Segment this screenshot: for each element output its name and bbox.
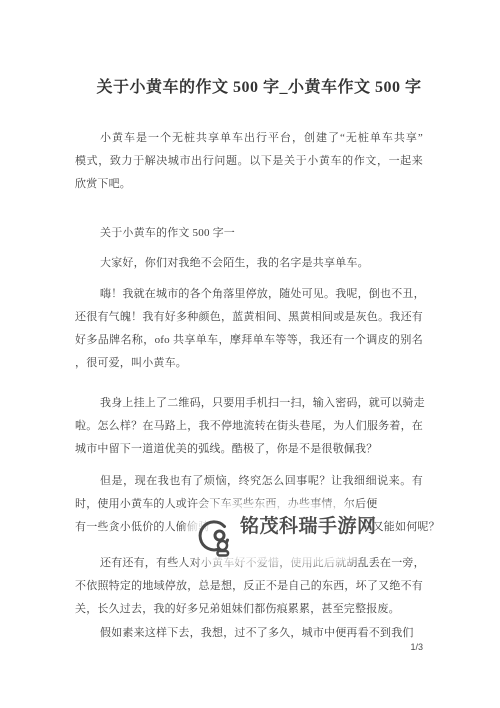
section-heading-line: 关于小黄车的作文 500 字一 <box>75 222 423 245</box>
paragraph-line: 欣赏下吧。 <box>75 173 423 196</box>
paragraph-line: 模式，致力于解决城市出行问题。以下是关于小黄车的作文，一起来 <box>75 150 423 173</box>
document-title: 关于小黄车的作文 500 字_小黄车作文 500 字 <box>0 78 500 98</box>
paragraph-line: 城市中留下一道道优美的弧线。酷极了，你是不是很敬佩我？ <box>75 438 423 461</box>
paragraph-line: 好多品牌名称，ofo 共享单车，摩拜单车等等，我还有一个调皮的别名 <box>75 329 423 352</box>
paragraph-line: 我身上挂上了二维码，只要用手机扫一扫，输入密码，就可以骑走 <box>75 392 423 415</box>
qrcode-paragraph: 我身上挂上了二维码，只要用手机扫一扫，输入密码，就可以骑走 啦。怎么样？在马路上… <box>75 392 423 461</box>
greeting-paragraph: 大家好，你们对我绝不会陌生，我的名字是共享单车。 <box>75 252 423 275</box>
document-content: 小黄车是一个无桩共享单车出行平台，创建了“无桩单车共享” 模式，致力于解决城市出… <box>75 127 423 645</box>
paragraph-line: 嗨！我就在城市的各个角落里停放，随处可见。我呢，倒也不丑， <box>75 283 423 306</box>
paragraph-line: 假如素来这样下去，我想，过不了多久，城市中便再看不到我们 <box>75 622 423 645</box>
closing-paragraph: 假如素来这样下去，我想，过不了多久，城市中便再看不到我们 <box>75 622 423 645</box>
paragraph-line: 关，长久过去，我的好多兄弟姐妹们都伤痕累累，甚至完整报废。 <box>75 598 423 621</box>
obscured-line-after: 又能如何呢？ <box>373 521 440 533</box>
watermark-text: 铭茂科瑞手游网 <box>240 516 377 537</box>
page-indicator: 1/3 <box>410 642 423 652</box>
paragraph-line: 还很有气魄！我有好多种颜色，蓝黄相间、黑黄相间或是灰色。我还有 <box>75 306 423 329</box>
paragraph-line: 啦。怎么样？在马路上，我不停地流转在街头巷尾，为人们服务着，在 <box>75 415 423 438</box>
circle-pawn-game-logo-icon <box>196 519 234 557</box>
paragraph-line: 大家好，你们对我绝不会陌生，我的名字是共享单车。 <box>75 252 423 275</box>
paragraph-line: 但是，现在我也有了烦恼，终究怎么回事呢？让我细细说来。有 <box>75 470 423 493</box>
self-intro-paragraph: 嗨！我就在城市的各个角落里停放，随处可见。我呢，倒也不丑， 还很有气魄！我有好多… <box>75 283 423 375</box>
document-page: 关于小黄车的作文 500 字_小黄车作文 500 字 小黄车是一个无桩共享单车出… <box>0 0 500 708</box>
section-heading: 关于小黄车的作文 500 字一 <box>75 222 423 245</box>
intro-paragraph: 小黄车是一个无桩共享单车出行平台，创建了“无桩单车共享” 模式，致力于解决城市出… <box>75 127 423 196</box>
paragraph-line: 不依照特定的地域停放，总是想，反正不是自己的东西，坏了又绝不有 <box>75 575 423 598</box>
paragraph-line: 小黄车是一个无桩共享单车出行平台，创建了“无桩单车共享” <box>75 127 423 150</box>
paragraph-line: ，很可爱，叫小黄车。 <box>75 352 423 375</box>
